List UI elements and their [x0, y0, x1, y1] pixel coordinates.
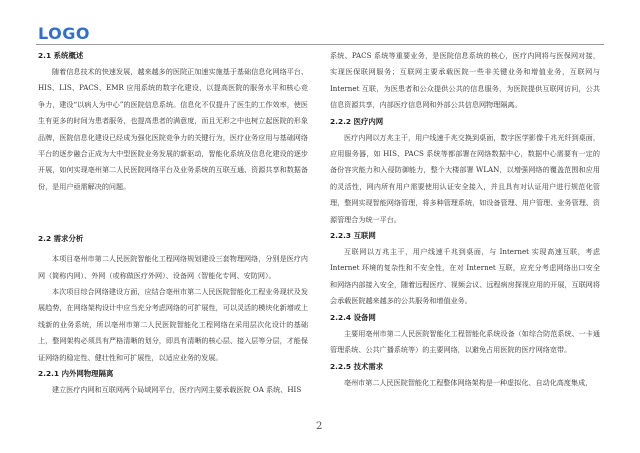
section-heading-2-1: 2.1 系统概述 — [38, 48, 308, 64]
logo: LOGO — [38, 24, 90, 43]
section-heading-2-2-3: 2.2.3 互联网 — [330, 228, 600, 244]
paragraph: 互联网以万兆主干，用户线速千兆到桌面，与 Internet 实现高速互联，考虑 … — [330, 244, 600, 310]
section-heading-2-2-2: 2.2.2 医疗内网 — [330, 114, 600, 130]
section-heading-2-2-1: 2.2.1 内外网物理隔离 — [38, 366, 308, 382]
right-column: 系统、PACS 系统等重要业务，是医院信息系统的核心，医疗内网将与医保网对接，实… — [330, 48, 600, 391]
paragraph: 本项目亳州市第二人民医院智能化工程网络规划建设三套物理网络，分别是医疗内网（简称… — [38, 251, 308, 284]
section-heading-2-2: 2.2 需求分析 — [38, 231, 308, 247]
paragraph: 主要用亳州市第二人民医院智能化工程智能化系统设备（如综合防范系统、一卡通管理系统… — [330, 326, 600, 359]
left-column: 2.1 系统概述 随着信息技术的快速发展，越来越多的医院正加速实施基于基础信息化… — [38, 48, 308, 399]
paragraph: 亳州市第二人民医院智能化工程整体网络架构是一种虚拟化、自动化高度集成， — [330, 375, 600, 391]
section-heading-2-2-5: 2.2.5 技术需求 — [330, 359, 600, 375]
page-number: 2 — [316, 421, 322, 432]
paragraph: 医疗内网以万兆主干，用户线速千兆交换到桌面，数字医学影像千兆光纤到桌面，应用服务… — [330, 130, 600, 228]
paragraph: 建立医疗内网和互联网两个局域网平台，医疗内网主要承载医院 OA 系统、HIS — [38, 382, 308, 398]
paragraph: 随着信息技术的快速发展，越来越多的医院正加速实施基于基础信息化网络平台、HIS、… — [38, 64, 308, 195]
paragraph: 本次项目综合网络建设方面，应结合亳州市第二人民医院智能化工程业务现状及发展趋势，… — [38, 284, 308, 366]
section-heading-2-2-4: 2.2.4 设备网 — [330, 310, 600, 326]
header-divider — [36, 44, 604, 45]
paragraph: 系统、PACS 系统等重要业务，是医院信息系统的核心，医疗内网将与医保网对接，实… — [330, 48, 600, 114]
